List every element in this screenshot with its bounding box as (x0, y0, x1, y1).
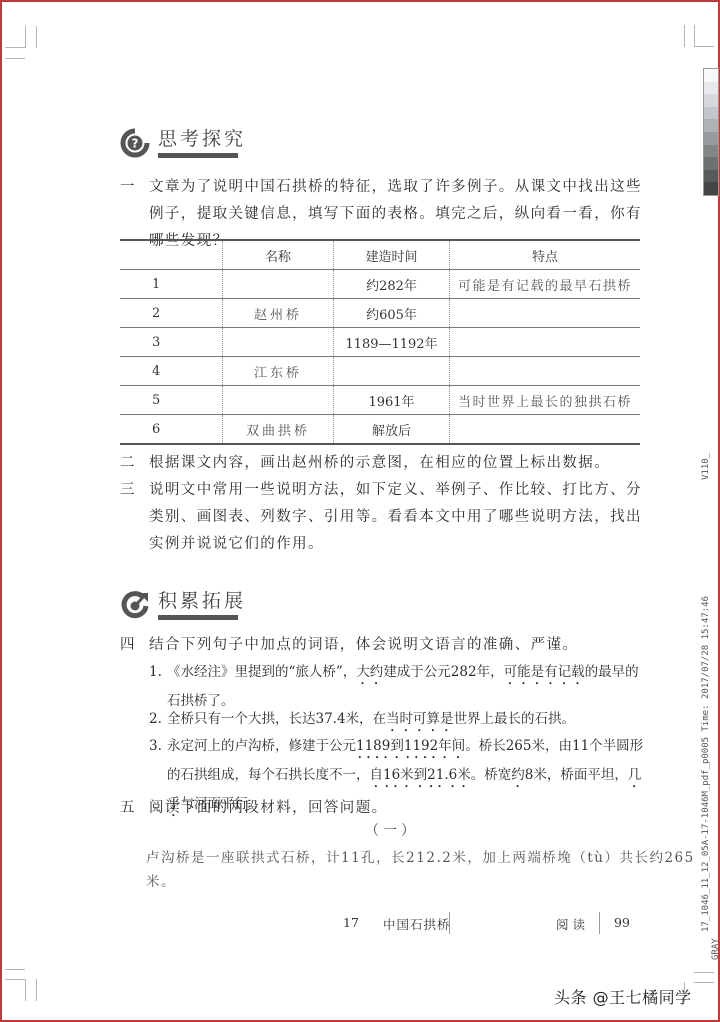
cell-index: 6 (120, 415, 223, 445)
cell-name[interactable]: 赵州桥 (223, 299, 334, 328)
sentence-text: 的最早的 (585, 664, 639, 680)
question-4: 四 结合下列句子中加点的词语，体会说明文语言的准确、严谨。 (120, 632, 650, 659)
crop-mark-tr-h (694, 46, 714, 47)
bridge-table: 名称 建造时间 特点 1 约282年 可能是有记载的最早石拱桥 2 赵州桥 约6… (120, 239, 640, 445)
crop-mark-tl-h (5, 47, 25, 48)
table-header-row: 名称 建造时间 特点 (120, 240, 640, 270)
dotted-word: 当时可算是 (386, 711, 454, 727)
dotted-word: 几 (628, 767, 642, 783)
crop-mark-bl-v (25, 979, 26, 1001)
item-number: 1. (149, 659, 167, 686)
sentence-text: 的石拱组成，每个石拱长度不一， (167, 767, 370, 783)
cell-time[interactable]: 约605年 (334, 299, 450, 328)
sentence-text: 永定河上的卢沟桥，修建于公元 (167, 738, 356, 754)
dotted-word: 大约 (356, 664, 383, 680)
cell-feature[interactable] (450, 357, 641, 386)
crop-mark-bl-v2 (36, 979, 37, 1001)
cell-time[interactable]: 1189—1192年 (334, 328, 450, 357)
title-underline (158, 153, 238, 158)
cell-name[interactable]: 双曲拱桥 (223, 415, 334, 445)
crop-mark-tr-v2 (694, 25, 695, 47)
cell-index: 2 (120, 299, 223, 328)
cell-feature[interactable] (450, 299, 641, 328)
header-name: 名称 (223, 240, 334, 270)
crop-mark-br-h (694, 972, 714, 973)
material-label: （一） (365, 820, 419, 840)
cell-time[interactable]: 解放后 (334, 415, 450, 445)
question-number: 三 (120, 477, 142, 504)
title-underline (158, 615, 238, 620)
table-row: 1 约282年 可能是有记载的最早石拱桥 (120, 270, 640, 299)
section-title-think: 思考探究 (158, 128, 246, 150)
cell-feature[interactable]: 当时世界上最长的独拱石桥 (450, 386, 641, 415)
footer-divider (599, 912, 600, 934)
table-row: 3 1189—1192年 (120, 328, 640, 357)
q4-item-2: 2.全桥只有一个大拱，长达37.4米，在当时可算是世界上最长的石拱。 (149, 706, 649, 735)
question-text: 阅读下面的两段材料，回答问题。 (149, 795, 650, 822)
header-feature: 特点 (450, 240, 641, 270)
dotted-word: 可能是有记载 (504, 664, 585, 680)
dotted-word: 约 (511, 767, 525, 783)
crop-mark-br-h2 (694, 982, 714, 983)
cell-name[interactable] (223, 386, 334, 415)
crop-mark-tl-v (25, 26, 26, 48)
refresh-arrow-icon (120, 590, 150, 620)
table-row: 4 江东桥 (120, 357, 640, 386)
section-title-extend: 积累拓展 (158, 590, 246, 612)
table-row: 2 赵州桥 约605年 (120, 299, 640, 328)
item-number: 3. (149, 733, 167, 760)
question-2: 二 根据课文内容，画出赵州桥的示意图，在相应的位置上标出数据。 (120, 450, 650, 477)
svg-text:?: ? (132, 137, 139, 151)
question-number: 二 (120, 450, 142, 477)
cell-index: 3 (120, 328, 223, 357)
question-number: 四 (120, 632, 142, 659)
lesson-number: 17 (343, 915, 359, 930)
cell-feature[interactable] (450, 328, 641, 357)
question-text: 说明文中常用一些说明方法，如下定义、举例子、作比较、打比方、分类别、画图表、列数… (149, 477, 650, 558)
lesson-title: 中国石拱桥 (383, 915, 451, 933)
dotted-word: 1189到1192年间 (356, 738, 465, 754)
question-5: 五 阅读下面的两段材料，回答问题。 (120, 795, 650, 822)
cell-name[interactable]: 江东桥 (223, 357, 334, 386)
page-number: 99 (614, 915, 630, 930)
side-gray-text: GRAY (711, 938, 720, 960)
crop-mark-tl-h2 (5, 58, 25, 59)
cell-index: 4 (120, 357, 223, 386)
header-time: 建造时间 (334, 240, 450, 270)
watermark: 头条 @王七橘同学 (554, 985, 692, 1008)
side-code-text: V110_ (701, 453, 711, 480)
question-text: 根据课文内容，画出赵州桥的示意图，在相应的位置上标出数据。 (149, 450, 650, 477)
question-3: 三 说明文中常用一些说明方法，如下定义、举例子、作比较、打比方、分类别、画图表、… (120, 477, 650, 558)
question-number: 五 (120, 795, 142, 822)
cell-time[interactable]: 1961年 (334, 386, 450, 415)
item-number: 2. (149, 706, 167, 733)
footer-divider (449, 912, 450, 934)
section-header-extend: 积累拓展 (120, 590, 246, 620)
cell-index: 5 (120, 386, 223, 415)
question-circle-icon: ? (120, 128, 150, 158)
sentence-text: 。桥宽 (471, 767, 512, 783)
gray-scale-bar (703, 68, 719, 196)
cell-time[interactable] (334, 357, 450, 386)
crop-mark-bl-h2 (5, 979, 25, 980)
question-number: 一 (120, 174, 142, 201)
sentence-text: 8米，桥面平坦， (525, 767, 628, 783)
header-index (120, 240, 223, 270)
cell-name[interactable] (223, 328, 334, 357)
question-text: 结合下列句子中加点的词语，体会说明文语言的准确、严谨。 (149, 632, 650, 659)
crop-mark-bl-h (5, 969, 25, 970)
unit-label: 阅 读 (556, 915, 585, 933)
sentence-text: 建成于公元282年， (383, 664, 503, 680)
sentence-text: 全桥只有一个大拱，长达37.4米，在 (167, 711, 386, 727)
cell-index: 1 (120, 270, 223, 299)
material-excerpt: 卢沟桥是一座联拱式石桥，计11孔，长212.2米，加上两端桥堍（tù）共长约26… (146, 846, 720, 894)
cell-feature[interactable]: 可能是有记载的最早石拱桥 (450, 270, 641, 299)
dotted-word: 自16米到21.6米 (370, 767, 471, 783)
table-row: 6 双曲拱桥 解放后 (120, 415, 640, 445)
sentence-text: 世界上最长的石拱。 (454, 711, 576, 727)
cell-feature[interactable] (450, 415, 641, 445)
sentence-text: 。桥长265米，由11个半圆形 (465, 738, 643, 754)
table-row: 5 1961年 当时世界上最长的独拱石桥 (120, 386, 640, 415)
sentence-text: 《水经注》里提到的“旅人桥”， (167, 664, 356, 680)
crop-mark-tr-v (684, 25, 685, 47)
section-header-think: ? 思考探究 (120, 128, 246, 158)
cell-name[interactable] (223, 270, 334, 299)
crop-mark-tl-v2 (36, 26, 37, 48)
cell-time[interactable]: 约282年 (334, 270, 450, 299)
